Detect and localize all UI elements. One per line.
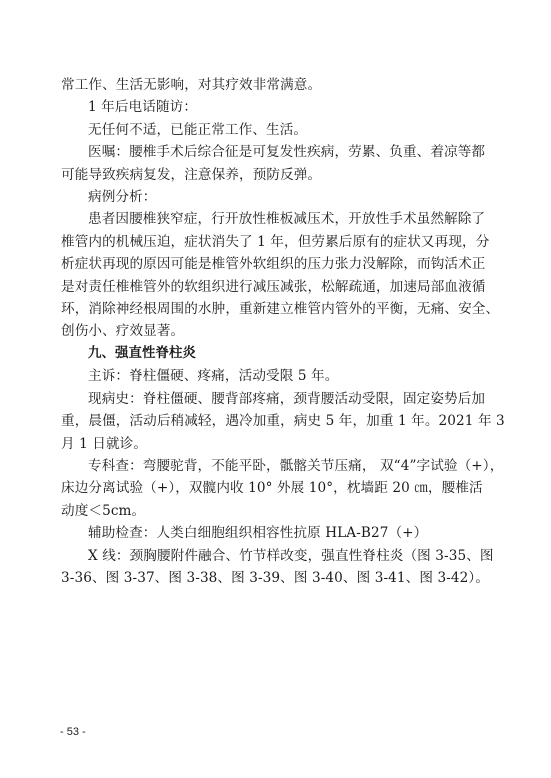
text-line: 月 1 日就诊。 [61, 433, 493, 455]
text-line: 病例分析： [61, 186, 493, 208]
text-line: 医嘱：腰椎手术后综合征是可复发性疾病，劳累、负重、着凉等都 [61, 141, 493, 163]
paragraph: 主诉：脊柱僵硬、疼痛，活动受限 5 年。 [61, 365, 493, 387]
text-line: 重，晨僵，活动后稍减轻，遇冷加重，病史 5 年，加重 1 年。2021 年 3 [61, 410, 493, 432]
text-line: X 线：颈胸腰附件融合、竹节样改变，强直性脊柱炎（图 3-35、图 [61, 545, 493, 567]
paragraph: 患者因腰椎狭窄症，行开放性椎板减压术，开放性手术虽然解除了椎管内的机械压迫，症状… [61, 208, 493, 342]
text-line: 创伤小、疗效显著。 [61, 320, 493, 342]
text-line: 动度＜5cm。 [61, 500, 493, 522]
text-line: 是对责任椎椎管外的软组织进行减压减张，松解疏通，加速局部血液循 [61, 276, 493, 298]
paragraph: X 线：颈胸腰附件融合、竹节样改变，强直性脊柱炎（图 3-35、图3-36、图 … [61, 545, 493, 590]
text-line: 椎管内的机械压迫，症状消失了 1 年，但劳累后原有的症状又再现，分 [61, 231, 493, 253]
text-line: 患者因腰椎狭窄症，行开放性椎板减压术，开放性手术虽然解除了 [61, 208, 493, 230]
section-heading: 九、强直性脊柱炎 [61, 343, 493, 365]
page-body-text: 常工作、生活无影响，对其疗效非常满意。1 年后电话随访：无任何不适，已能正常工作… [61, 74, 493, 589]
paragraph: 1 年后电话随访： [61, 96, 493, 118]
text-line: 现病史：脊柱僵硬、腰背部疼痛，颈背腰活动受限，固定姿势后加 [61, 388, 493, 410]
text-line: 环，消除神经根周围的水肿，重新建立椎管内管外的平衡，无痛、安全、 [61, 298, 493, 320]
text-line: 专科查：弯腰驼背，不能平卧，骶髂关节压痛， 双“4”字试验（+）， [61, 455, 493, 477]
text-line: 可能导致疾病复发，注意保养，预防反弹。 [61, 164, 493, 186]
text-line: 辅助检查：人类白细胞组织相容性抗原 HLA-B27（+） [61, 522, 493, 544]
text-line: 无任何不适，已能正常工作、生活。 [61, 119, 493, 141]
paragraph: 专科查：弯腰驼背，不能平卧，骶髂关节压痛， 双“4”字试验（+），床边分离试验（… [61, 455, 493, 522]
paragraph: 辅助检查：人类白细胞组织相容性抗原 HLA-B27（+） [61, 522, 493, 544]
text-line: 主诉：脊柱僵硬、疼痛，活动受限 5 年。 [61, 365, 493, 387]
text-line: 1 年后电话随访： [61, 96, 493, 118]
paragraph: 无任何不适，已能正常工作、生活。 [61, 119, 493, 141]
text-line: 床边分离试验（+），双髋内收 10° 外展 10°，枕墙距 20 ㎝，腰椎活 [61, 477, 493, 499]
paragraph: 病例分析： [61, 186, 493, 208]
page-number: - 53 - [60, 726, 86, 738]
text-line: 析症状再现的原因可能是椎管外软组织的压力张力没解除，而钩活术正 [61, 253, 493, 275]
text-line: 九、强直性脊柱炎 [61, 343, 493, 365]
text-line: 3-36、图 3-37、图 3-38、图 3-39、图 3-40、图 3-41、… [61, 567, 493, 589]
document-page: 常工作、生活无影响，对其疗效非常满意。1 年后电话随访：无任何不适，已能正常工作… [0, 0, 551, 778]
paragraph: 现病史：脊柱僵硬、腰背部疼痛，颈背腰活动受限，固定姿势后加重，晨僵，活动后稍减轻… [61, 388, 493, 455]
text-line: 常工作、生活无影响，对其疗效非常满意。 [61, 74, 493, 96]
paragraph: 常工作、生活无影响，对其疗效非常满意。 [61, 74, 493, 96]
paragraph: 医嘱：腰椎手术后综合征是可复发性疾病，劳累、负重、着凉等都可能导致疾病复发，注意… [61, 141, 493, 186]
